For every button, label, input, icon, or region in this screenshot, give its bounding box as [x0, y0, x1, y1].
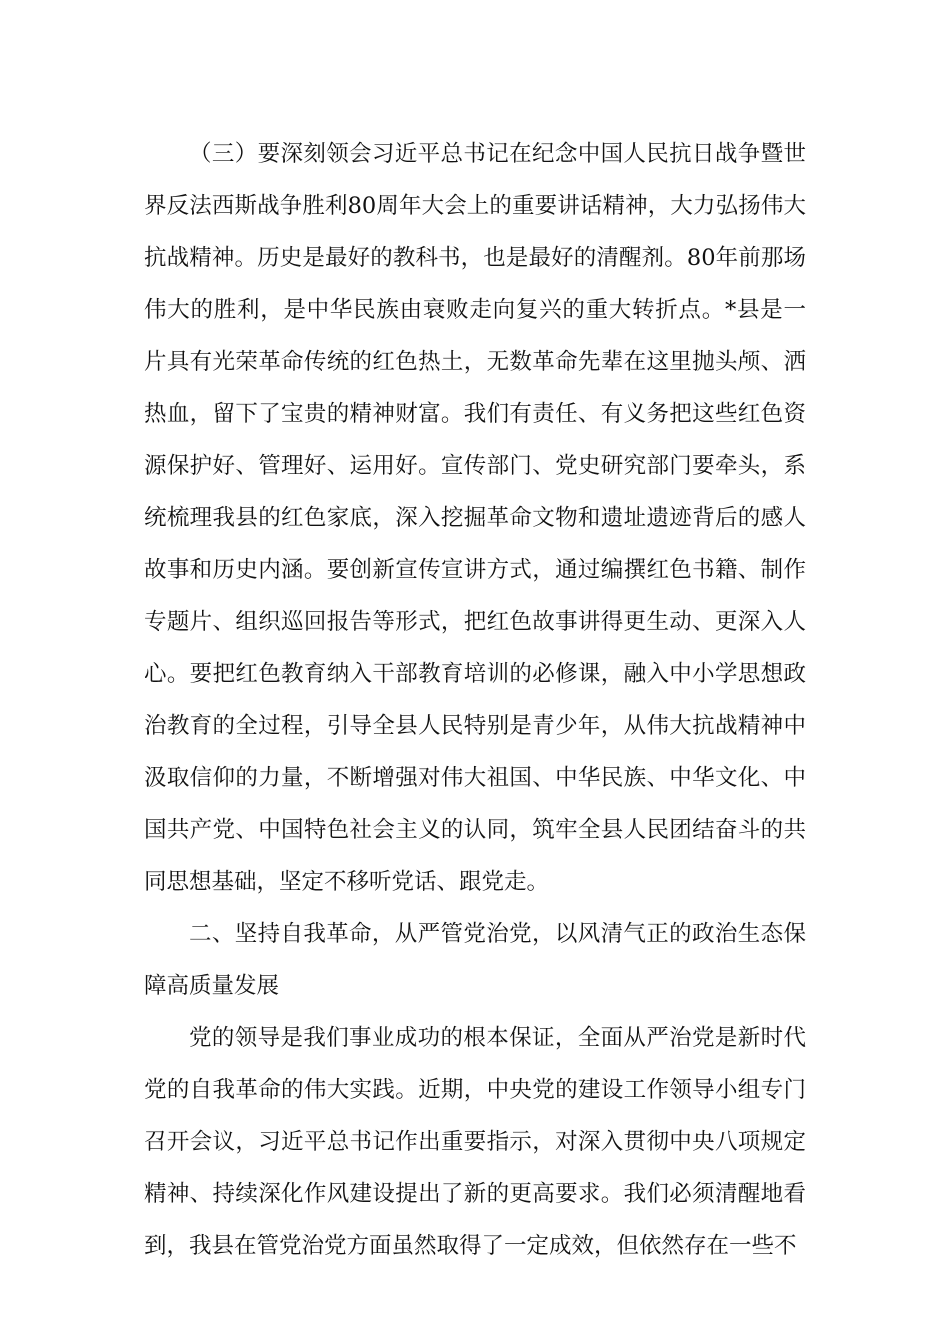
paragraph-commemoration-spirit: （三）要深刻领会习近平总书记在纪念中国人民抗日战争暨世界反法西斯战争胜利80周年…	[144, 128, 806, 908]
section-heading-self-revolution: 二、坚持自我革命，从严管党治党，以风清气正的政治生态保障高质量发展	[144, 908, 806, 1012]
document-page: （三）要深刻领会习近平总书记在纪念中国人民抗日战争暨世界反法西斯战争胜利80周年…	[144, 128, 806, 1272]
paragraph-party-leadership: 党的领导是我们事业成功的根本保证，全面从严治党是新时代党的自我革命的伟大实践。近…	[144, 1012, 806, 1272]
